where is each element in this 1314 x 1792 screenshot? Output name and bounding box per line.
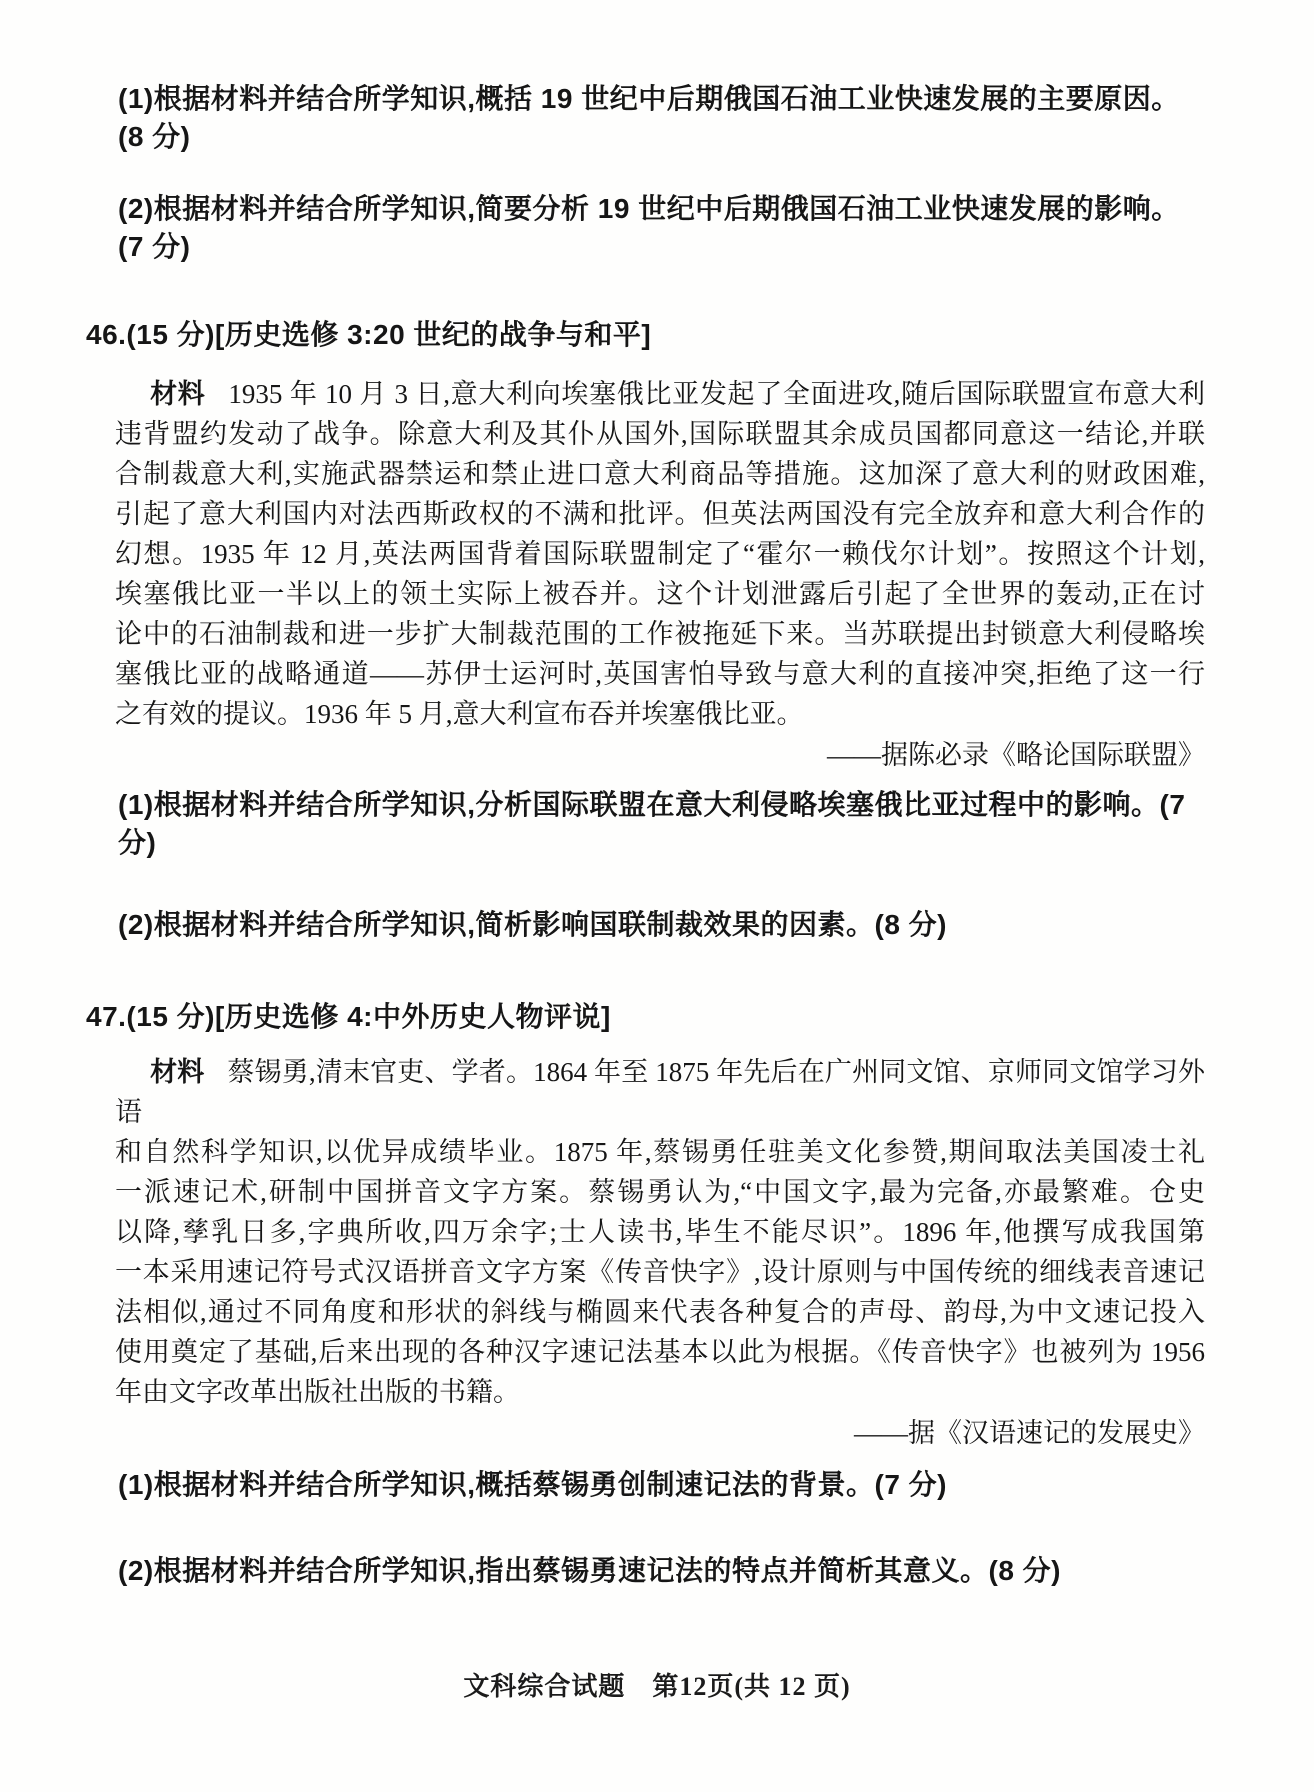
material-line: 违背盟约发动了战争。除意大利及其仆从国外,国际联盟其余成员国都同意这一结论,并联 [115,414,1205,454]
material-label: 材料 [150,379,205,409]
question-47-source-attribution: ——据《汉语速记的发展史》 [115,1414,1205,1452]
material-line: 合制裁意大利,实施武器禁运和禁止进口意大利商品等措施。这加深了意大利的财政困难, [115,454,1205,494]
question-47-material: 材料蔡锡勇,清末官吏、学者。1864 年至 1875 年先后在广州同文馆、京师同… [115,1052,1205,1412]
material-text: 蔡锡勇,清末官吏、学者。1864 年至 1875 年先后在广州同文馆、京师同文馆… [115,1057,1205,1127]
material-line: 年由文字改革出版社出版的书籍。 [115,1372,1205,1412]
question-46-sub-2: (2)根据材料并结合所学知识,简析影响国联制裁效果的因素。(8 分) [118,906,1205,944]
question-46-sub-1: (1)根据材料并结合所学知识,分析国际联盟在意大利侵略埃塞俄比亚过程中的影响。(… [118,786,1205,862]
material-line: 埃塞俄比亚一半以上的领土实际上被吞并。这个计划泄露后引起了全世界的轰动,正在讨 [115,574,1205,614]
page-content: (1)根据材料并结合所学知识,概括 19 世纪中后期俄国石油工业快速发展的主要原… [0,0,1314,1590]
material-line: 一本采用速记符号式汉语拼音文字方案《传音快字》,设计原则与中国传统的细线表音速记 [115,1252,1205,1292]
page-footer: 文科综合试题 第12页(共 12 页) [0,1666,1314,1703]
material-line: 幻想。1935 年 12 月,英法两国背着国际联盟制定了“霍尔一赖伐尔计划”。按… [115,534,1205,574]
question-45-sub-1: (1)根据材料并结合所学知识,概括 19 世纪中后期俄国石油工业快速发展的主要原… [118,80,1205,156]
material-line: 塞俄比亚的战略通道——苏伊士运河时,英国害怕导致与意大利的直接冲突,拒绝了这一行 [115,654,1205,694]
question-46-material: 材料1935 年 10 月 3 日,意大利向埃塞俄比亚发起了全面进攻,随后国际联… [115,374,1205,734]
exam-page: (1)根据材料并结合所学知识,概括 19 世纪中后期俄国石油工业快速发展的主要原… [0,0,1314,1792]
question-47-sub-1: (1)根据材料并结合所学知识,概括蔡锡勇创制速记法的背景。(7 分) [118,1466,1205,1504]
material-label: 材料 [150,1057,204,1087]
material-line: 以降,孳乳日多,字典所收,四万余字;士人读书,毕生不能尽识”。1896 年,他撰… [115,1212,1205,1252]
material-line: 材料蔡锡勇,清末官吏、学者。1864 年至 1875 年先后在广州同文馆、京师同… [115,1052,1205,1132]
material-line: 一派速记术,研制中国拼音文字方案。蔡锡勇认为,“中国文字,最为完备,亦最繁难。仓… [115,1172,1205,1212]
material-line: 法相似,通过不同角度和形状的斜线与椭圆来代表各种复合的声母、韵母,为中文速记投入 [115,1292,1205,1332]
material-line: 和自然科学知识,以优异成绩毕业。1875 年,蔡锡勇任驻美文化参赞,期间取法美国… [115,1132,1205,1172]
material-line: 之有效的提议。1936 年 5 月,意大利宣布吞并埃塞俄比亚。 [115,694,1205,734]
material-line: 使用奠定了基础,后来出现的各种汉字速记法基本以此为根据。《传音快字》也被列为 1… [115,1332,1205,1372]
material-line: 引起了意大利国内对法西斯政权的不满和批评。但英法两国没有完全放弃和意大利合作的 [115,494,1205,534]
question-47-header: 47.(15 分)[历史选修 4:中外历史人物评说] [86,998,1205,1036]
question-45-sub-2: (2)根据材料并结合所学知识,简要分析 19 世纪中后期俄国石油工业快速发展的影… [118,190,1205,266]
material-line: 论中的石油制裁和进一步扩大制裁范围的工作被拖延下来。当苏联提出封锁意大利侵略埃 [115,614,1205,654]
question-47-sub-2: (2)根据材料并结合所学知识,指出蔡锡勇速记法的特点并简析其意义。(8 分) [118,1552,1205,1590]
question-46-header: 46.(15 分)[历史选修 3:20 世纪的战争与和平] [86,316,1205,354]
question-46-source-attribution: ——据陈必录《略论国际联盟》 [115,736,1205,774]
material-line: 材料1935 年 10 月 3 日,意大利向埃塞俄比亚发起了全面进攻,随后国际联… [115,374,1205,414]
material-text: 1935 年 10 月 3 日,意大利向埃塞俄比亚发起了全面进攻,随后国际联盟宣… [228,379,1205,409]
